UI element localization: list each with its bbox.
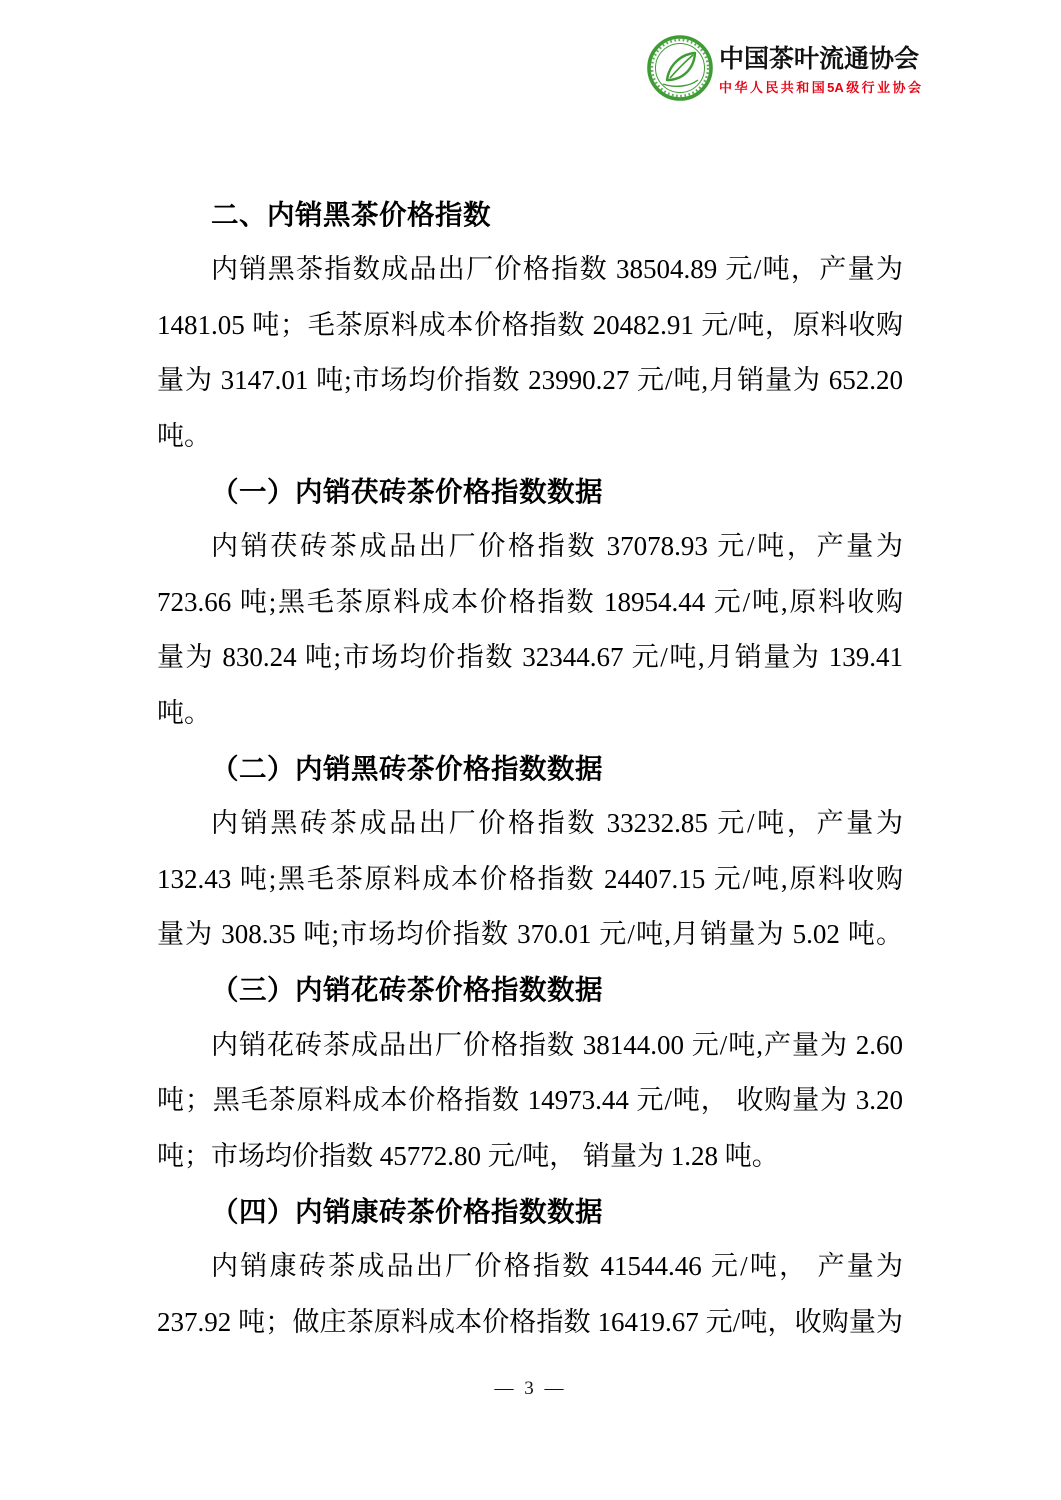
text-line: 内销茯砖茶成品出厂价格指数 37078.93 元/吨，产量为 bbox=[157, 519, 903, 574]
section-heading: 二、内销黑茶价格指数 bbox=[157, 187, 903, 242]
text-line: 723.66 吨;黑毛茶原料成本价格指数 18954.44 元/吨,原料收购 bbox=[157, 575, 903, 630]
document-page: 中国茶叶流通协会 中华人民共和国5A级行业协会 二、内销黑茶价格指数内销黑茶指数… bbox=[0, 0, 1061, 1500]
text-line: 内销康砖茶成品出厂价格指数 41544.46 元/吨， 产量为 bbox=[157, 1239, 903, 1294]
text-line: 内销黑茶指数成品出厂价格指数 38504.89 元/吨，产量为 bbox=[157, 242, 903, 297]
text-line: 内销黑砖茶成品出厂价格指数 33232.85 元/吨，产量为 bbox=[157, 796, 903, 851]
org-name: 中国茶叶流通协会 bbox=[719, 41, 921, 79]
text-line: 内销花砖茶成品出厂价格指数 38144.00 元/吨,产量为 2.60 bbox=[157, 1018, 903, 1073]
document-body: 二、内销黑茶价格指数内销黑茶指数成品出厂价格指数 38504.89 元/吨，产量… bbox=[157, 187, 903, 1350]
text-line: 吨。 bbox=[157, 686, 903, 741]
text-line: 吨；黑毛茶原料成本价格指数 14973.44 元/吨， 收购量为 3.20 bbox=[157, 1073, 903, 1128]
text-line: 1481.05 吨；毛茶原料成本价格指数 20482.91 元/吨，原料收购 bbox=[157, 298, 903, 353]
tea-leaf-emblem-icon bbox=[646, 34, 714, 102]
page-number: — 3 — bbox=[0, 1378, 1061, 1400]
org-title-block: 中国茶叶流通协会 中华人民共和国5A级行业协会 bbox=[719, 41, 921, 96]
org-subtitle: 中华人民共和国5A级行业协会 bbox=[719, 80, 921, 96]
section-heading: （二）内销黑砖茶价格指数数据 bbox=[157, 741, 903, 796]
text-line: 量为 830.24 吨;市场均价指数 32344.67 元/吨,月销量为 139… bbox=[157, 630, 903, 685]
text-line: 量为 308.35 吨;市场均价指数 370.01 元/吨,月销量为 5.02 … bbox=[157, 907, 903, 962]
section-heading: （一）内销茯砖茶价格指数数据 bbox=[157, 464, 903, 519]
text-line: 吨；市场均价指数 45772.80 元/吨， 销量为 1.28 吨。 bbox=[157, 1129, 903, 1184]
text-line: 237.92 吨；做庄茶原料成本价格指数 16419.67 元/吨，收购量为 bbox=[157, 1295, 903, 1350]
text-line: 吨。 bbox=[157, 409, 903, 464]
section-heading: （三）内销花砖茶价格指数数据 bbox=[157, 962, 903, 1017]
text-line: 132.43 吨;黑毛茶原料成本价格指数 24407.15 元/吨,原料收购 bbox=[157, 852, 903, 907]
text-line: 量为 3147.01 吨;市场均价指数 23990.27 元/吨,月销量为 65… bbox=[157, 353, 903, 408]
letterhead: 中国茶叶流通协会 中华人民共和国5A级行业协会 bbox=[646, 34, 921, 102]
section-heading: （四）内销康砖茶价格指数数据 bbox=[157, 1184, 903, 1239]
